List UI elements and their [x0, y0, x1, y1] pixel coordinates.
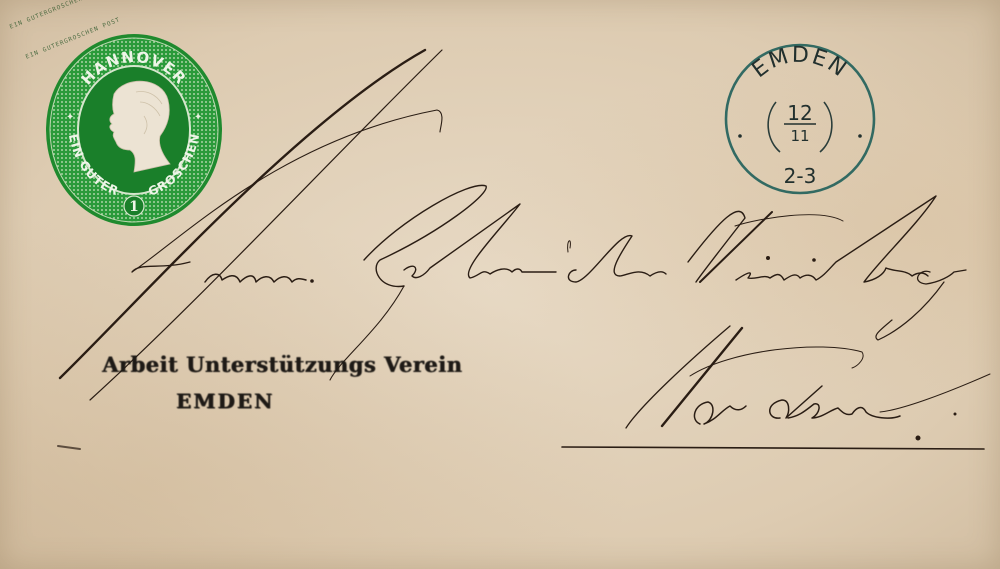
- sender-cachet-line2: EMDEN: [0, 389, 500, 413]
- svg-text:✦: ✦: [194, 112, 202, 123]
- address-destination: Norden.: [0, 0, 1, 1]
- hannover-stamp-icon: ✦ ✦ HANNOVER EIN GUTER GROSCHEN 1: [44, 32, 224, 228]
- stamp-numeral: 1: [129, 199, 139, 215]
- envelope: EIN GUTERGROSCHEN EIN GUTERGROSCHEN POST: [0, 0, 1000, 569]
- postmark-circle-icon: EMDEN 12 11 2-3: [720, 40, 880, 198]
- postmark-month: 11: [790, 127, 809, 145]
- margin-print-line1: EIN GUTERGROSCHEN: [9, 0, 84, 31]
- svg-text:EMDEN: EMDEN: [748, 43, 853, 83]
- postmark-day: 12: [787, 101, 812, 125]
- svg-text:✦: ✦: [66, 112, 74, 123]
- stamp-indicium: ✦ ✦ HANNOVER EIN GUTER GROSCHEN 1: [44, 32, 224, 228]
- postmark-town: EMDEN: [748, 43, 853, 83]
- sender-cachet-line1: Arbeit Unterstützungs Verein: [100, 352, 500, 377]
- sender-cachet: Arbeit Unterstützungs Verein EMDEN: [100, 352, 500, 413]
- postmark: EMDEN 12 11 2-3: [720, 40, 880, 198]
- postmark-time: 2-3: [784, 164, 817, 188]
